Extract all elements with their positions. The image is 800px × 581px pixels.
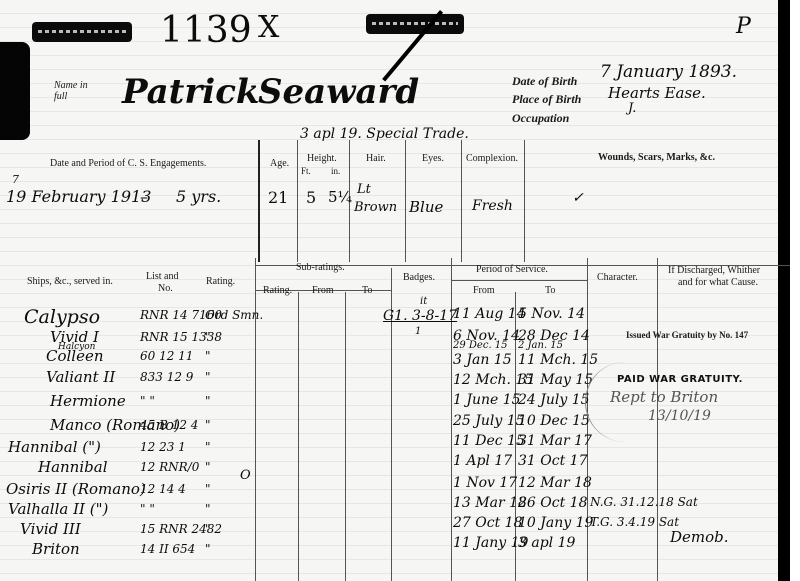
- badges-header: Badges.: [403, 272, 435, 283]
- period-header: Period of Service.: [476, 264, 548, 275]
- ships-header: Ships, &c., served in.: [27, 276, 113, 287]
- height-in-header: in.: [331, 166, 340, 176]
- ship-list-number: 12 RNR/0: [140, 460, 199, 474]
- character-header: Character.: [597, 272, 638, 283]
- divider: [405, 140, 406, 262]
- wounds-value: ✓: [572, 190, 584, 206]
- ship-rating: ": [205, 330, 211, 344]
- period-from-header: From: [473, 285, 495, 296]
- ship-name: Osiris II (Romano): [6, 480, 146, 498]
- official-number-mark: X: [258, 10, 279, 45]
- divider: [255, 258, 256, 581]
- divider: [524, 140, 525, 262]
- period-to: 31 Oct 17: [518, 453, 587, 469]
- ship-rating: ": [205, 502, 211, 516]
- badge-mark-above: it: [420, 296, 427, 307]
- ship-list-number: " ": [140, 502, 155, 516]
- ship-rating: ": [205, 370, 211, 384]
- eyes-value: Blue: [409, 198, 443, 216]
- discharge-cause: Demob.: [670, 528, 729, 546]
- ship-list-number: 45 B 12 4: [140, 418, 198, 432]
- ship-name: Vivid III: [20, 520, 81, 538]
- divider: [297, 140, 298, 262]
- redacted-stamp-left: [32, 22, 132, 42]
- ship-rating: ": [205, 482, 211, 496]
- period-from: 27 Oct 18: [453, 515, 522, 531]
- place-of-birth: Hearts Ease.: [608, 84, 706, 102]
- ship-list-number: 12 23 1: [140, 440, 186, 454]
- complexion-value: Fresh: [472, 198, 513, 214]
- ship-rating: ": [205, 394, 211, 408]
- ship-list-number: 60 12 11: [140, 349, 193, 363]
- ship-name: Hannibal ("): [8, 438, 101, 456]
- divider: [258, 140, 260, 262]
- stamp-handwriting: Rept to Briton: [610, 388, 718, 406]
- period-to-header: To: [545, 285, 555, 296]
- period-from: 1 June 15: [453, 392, 521, 408]
- ship-name: Hannibal: [38, 458, 108, 476]
- period-from: 1 Nov 17: [453, 475, 517, 491]
- period-to: 5 Nov. 14: [518, 306, 585, 322]
- divider: [345, 292, 346, 581]
- ship-rating: Ord Smn.: [205, 308, 263, 322]
- engagement-date: 19 February 1913: [6, 187, 151, 206]
- ship-name: Valiant II: [46, 368, 115, 386]
- ship-list-number: 12 14 4: [140, 482, 186, 496]
- age-header: Age.: [270, 158, 289, 169]
- badge-mark-below: 1: [415, 326, 421, 337]
- wounds-header: Wounds, Scars, Marks, &c.: [598, 152, 715, 163]
- period-to: 11 Mch. 15: [518, 352, 598, 368]
- engagement-dash: –: [140, 187, 148, 206]
- engagement-day-mark: 7: [12, 173, 19, 186]
- period-from: 25 July 15: [453, 413, 525, 429]
- ship-name: Briton: [32, 540, 80, 558]
- period-to: 31 Mar 17: [518, 433, 592, 449]
- ship-list-number: 14 II 654: [140, 542, 195, 556]
- eyes-header: Eyes.: [422, 153, 444, 164]
- divider: [298, 292, 299, 581]
- age-value: 21: [268, 188, 288, 207]
- hair-value-line2: Brown: [354, 200, 397, 215]
- divider: [461, 140, 462, 262]
- surname: Seaward: [258, 72, 419, 112]
- circle-mark: O: [240, 468, 251, 483]
- ship-rating: ": [205, 522, 211, 536]
- sub-rating-header: Rating.: [263, 285, 292, 296]
- list-no-header-1: List and: [146, 271, 179, 282]
- date-of-birth-label: Date of Birth: [512, 74, 577, 89]
- period-to: 2 Jan. 15: [518, 340, 563, 351]
- paid-war-gratuity-stamp: PAID WAR GRATUITY.: [617, 374, 743, 385]
- subratings-header: Sub-ratings.: [296, 262, 345, 273]
- place-of-birth-sub: J.: [628, 101, 636, 116]
- hair-header: Hair.: [366, 153, 386, 164]
- date-of-birth: 7 January 1893.: [600, 62, 737, 82]
- period-note: T.G. 3.4.19 Sat: [590, 515, 679, 529]
- ship-rating: ": [205, 349, 211, 363]
- service-record-card: 1139 X P Name in full Patrick Seaward Da…: [0, 0, 790, 581]
- first-name: Patrick: [122, 72, 259, 112]
- ship-list-number: " ": [140, 394, 155, 408]
- height-ft-header: Ft.: [301, 166, 311, 176]
- period-from: 29 Dec. 15: [453, 340, 508, 351]
- badge-value: G1. 3-8-17: [383, 308, 457, 324]
- ship-list-number: 833 12 9: [140, 370, 193, 384]
- period-from: 13 Mar 18: [453, 495, 527, 511]
- official-number: 1139: [160, 10, 252, 51]
- sub-to-header: To: [362, 285, 372, 296]
- divider: [451, 280, 587, 281]
- hair-value-line1: Lt: [357, 182, 371, 197]
- period-to: 31 May 15: [518, 372, 593, 388]
- height-ft-value: 5: [306, 188, 316, 207]
- occupation-label: Occupation: [512, 111, 569, 126]
- period-to: 12 Mar 18: [518, 475, 592, 491]
- discharged-header-2: and for what Cause.: [678, 277, 758, 288]
- period-to: 10 Dec 15: [518, 413, 590, 429]
- engagement-header: Date and Period of C. S. Engagements.: [50, 158, 206, 169]
- divider: [451, 258, 452, 581]
- place-of-birth-label: Place of Birth: [512, 92, 581, 107]
- period-from: 11 Dec 15: [453, 433, 525, 449]
- engagement-period: 5 yrs.: [176, 187, 221, 206]
- period-note: N.G. 31.12.18 Sat: [590, 495, 698, 509]
- ship-name: Colleen: [46, 347, 104, 365]
- period-from: 3 Jan 15: [453, 352, 512, 368]
- scan-shadow: [0, 42, 30, 140]
- stamp-date: 13/10/19: [648, 408, 711, 424]
- discharged-header-1: If Discharged, Whither: [668, 265, 760, 276]
- period-to: 26 Oct 18: [518, 495, 587, 511]
- special-trade-annotation: 3 apl 19. Special Trade.: [300, 126, 469, 142]
- scan-edge: [778, 0, 790, 581]
- corner-mark: P: [736, 14, 751, 39]
- ship-rating: ": [205, 542, 211, 556]
- rating-header: Rating.: [206, 276, 235, 287]
- height-in-value: 5¼: [328, 188, 352, 206]
- ship-name: Hermione: [50, 392, 126, 410]
- ship-rating: ": [205, 440, 211, 454]
- list-no-header-2: No.: [158, 283, 173, 294]
- complexion-header: Complexion.: [466, 153, 518, 164]
- period-to: 10 Jany 19: [518, 515, 593, 531]
- ship-rating: ": [205, 460, 211, 474]
- period-to: 3 apl 19: [518, 535, 575, 551]
- redacted-stamp-right: [366, 14, 464, 34]
- war-gratuity-line: Issued War Gratuity by No. 147: [626, 330, 748, 340]
- sub-from-header: From: [312, 285, 334, 296]
- ship-rating: ": [205, 418, 211, 432]
- period-from: 11 Aug 14: [453, 306, 526, 322]
- ship-name: Calypso: [24, 306, 100, 328]
- ship-name: Valhalla II ("): [8, 500, 108, 518]
- name-label: Name in full: [54, 80, 94, 102]
- period-to: 24 July 15: [518, 392, 590, 408]
- period-from: 1 Apl 17: [453, 453, 512, 469]
- height-header: Height.: [307, 153, 337, 164]
